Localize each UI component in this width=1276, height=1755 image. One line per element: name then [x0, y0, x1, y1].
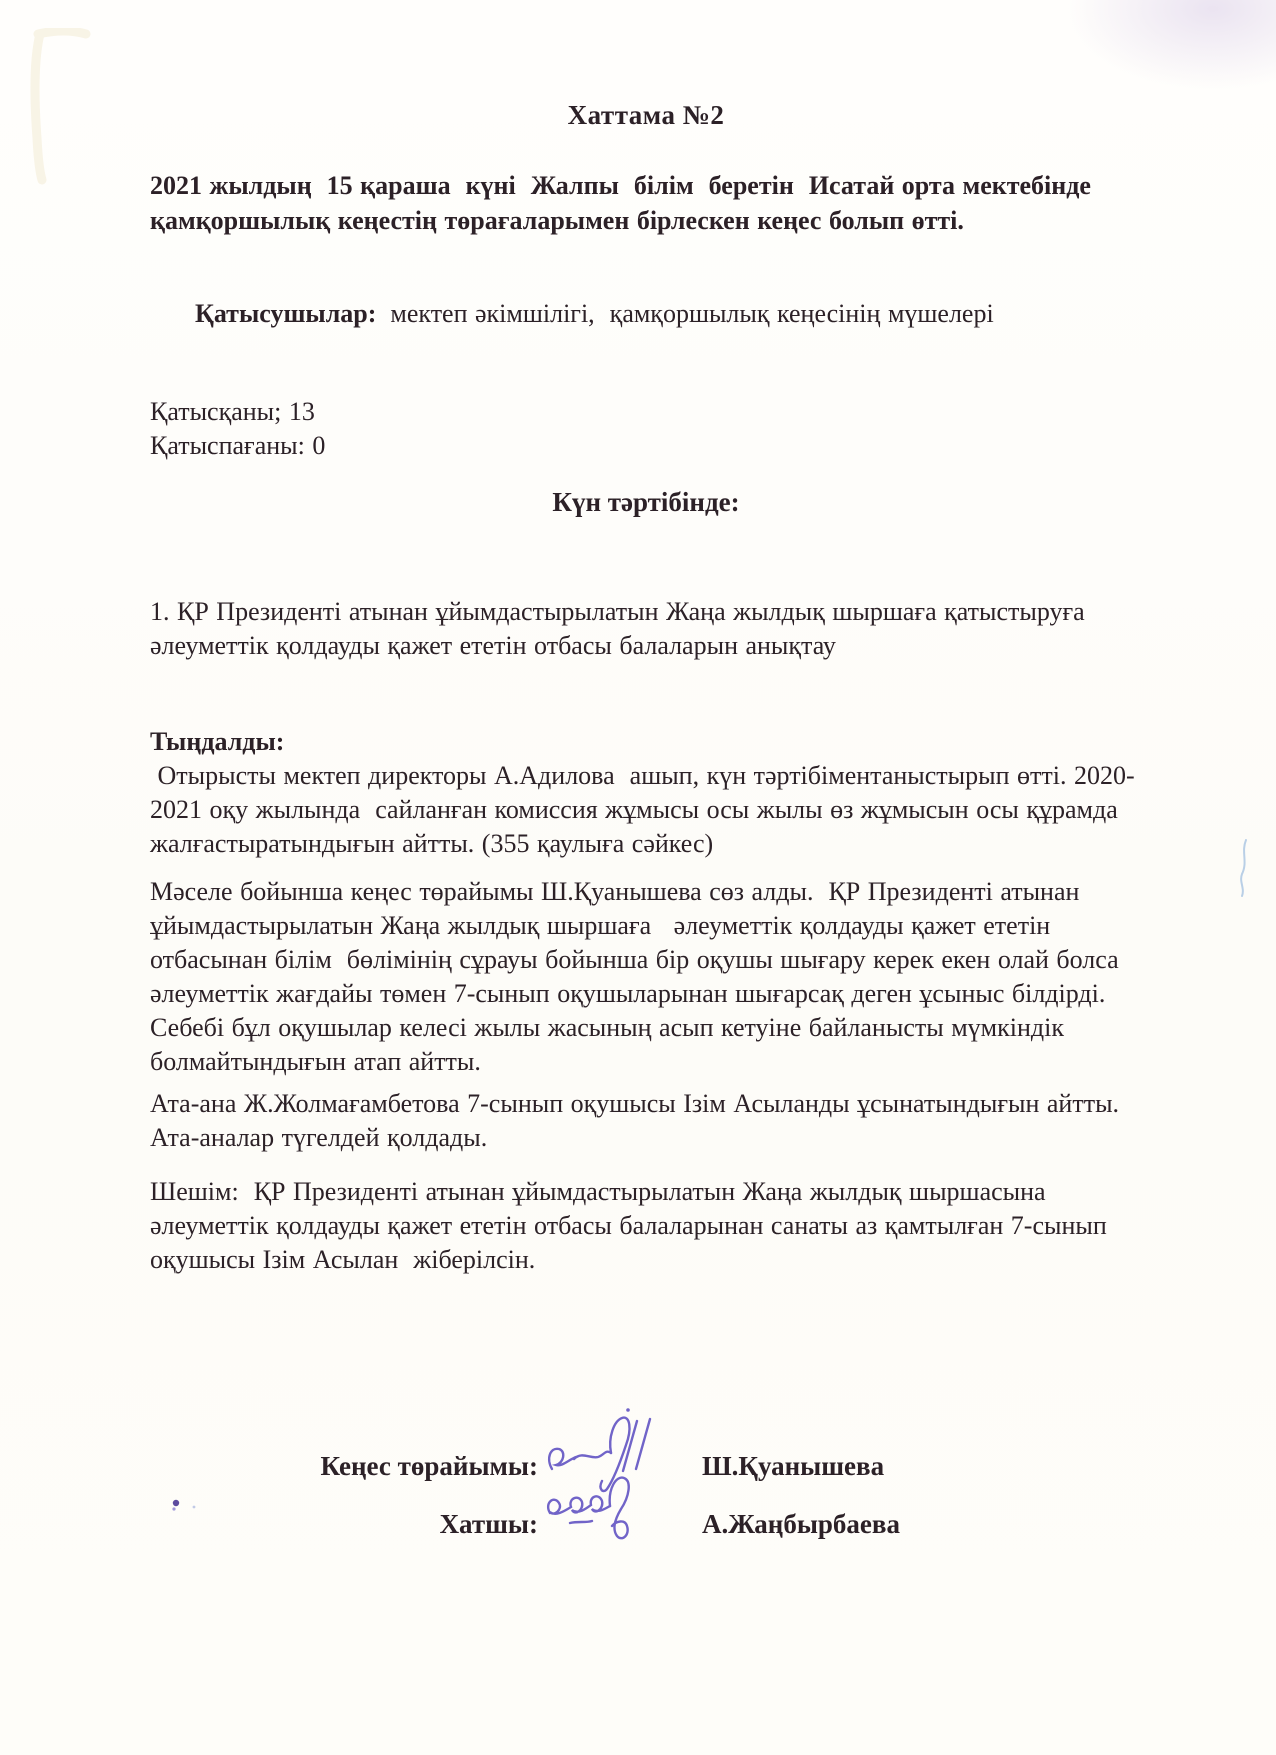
chair-role-label: Кеңес төрайымы:: [150, 1451, 538, 1482]
scan-smudge: [1066, 0, 1276, 90]
blue-edge-mark: [1238, 838, 1250, 898]
participants-value: мектеп әкімшілігі, қамқоршылық кеңесінің…: [390, 299, 993, 328]
heard-paragraph: Отырысты мектеп директоры А.Адилова ашып…: [150, 759, 1142, 861]
attended-count: Қатысқаны; 13: [150, 395, 1142, 429]
heard-label: Тыңдалды:: [150, 725, 1142, 759]
chair-name: Ш.Қуанышева: [702, 1451, 884, 1482]
absent-count: Қатыспағаны: 0: [150, 429, 1142, 463]
attendance-counts: Қатысқаны; 13 Қатыспағаны: 0: [150, 395, 1142, 463]
decision-paragraph: Шешім: ҚР Президенті атынан ұйымдастырыл…: [150, 1175, 1142, 1277]
secretary-signature-ink: [538, 1495, 676, 1553]
document-content: Хаттама №2 2021 жылдың 15 қараша күні Жа…: [150, 98, 1142, 1553]
participants-line: Қатысушылар:мектеп әкімшілігі, қамқоршыл…: [150, 263, 1142, 365]
participants-label: Қатысушылар:: [195, 299, 376, 328]
paper-fold-mark: [28, 28, 98, 188]
parents-paragraph: Ата-ана Ж.Жолмағамбетова 7-сынып оқушысы…: [150, 1087, 1142, 1155]
secretary-role-label: Хатшы:: [150, 1509, 538, 1540]
scanned-protocol-page: Хаттама №2 2021 жылдың 15 қараша күні Жа…: [0, 0, 1276, 1755]
signature-icon: [540, 1465, 674, 1561]
secretary-name: А.Жаңбырбаева: [702, 1509, 900, 1540]
signature-block: Кеңес төрайымы: Ш.Қуанышева: [150, 1437, 1142, 1553]
agenda-item-1: 1. ҚР Президенті атынан ұйымдастырылатын…: [150, 595, 1142, 663]
document-title: Хаттама №2: [150, 98, 1142, 132]
agenda-heading: Күн тәртібінде:: [150, 485, 1142, 519]
intro-paragraph: 2021 жылдың 15 қараша күні Жалпы білім б…: [150, 168, 1115, 238]
discussion-paragraph: Мәселе бойынша кеңес төрайымы Ш.Қуанышев…: [150, 875, 1142, 1079]
signature-row-secretary: Хатшы: А.Жаңбырбаева: [150, 1495, 1142, 1553]
